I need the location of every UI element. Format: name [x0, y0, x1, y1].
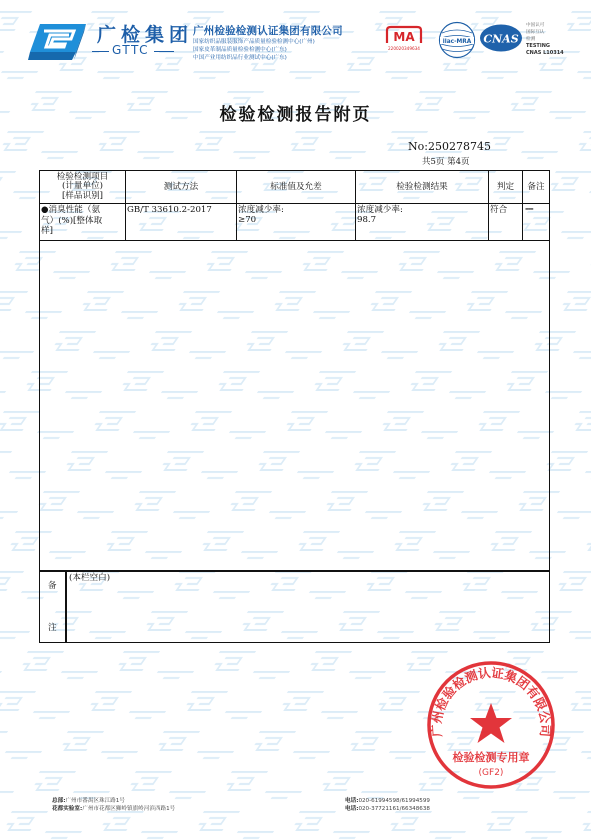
organization-name: 广州检验检测认证集团有限公司	[193, 23, 343, 38]
row-item-line: ●消臭性能（氨	[41, 205, 125, 216]
row-divider	[40, 240, 549, 241]
results-table: 检验检测项目 (计量单位) [样品识别] 测试方法 标准值及允差 检验检测结果 …	[39, 170, 550, 643]
header-result: 检验检测结果	[356, 171, 488, 203]
cma-number: 220020349634	[388, 46, 420, 51]
divider	[92, 51, 109, 52]
row-method: GB/T 33610.2-2017	[127, 205, 235, 215]
cnas-text: TESTING	[526, 43, 550, 49]
row-standard: 浓度减少率: ≥70	[238, 205, 354, 225]
star-icon	[470, 703, 512, 743]
footer-tel2-value: 020-37721161/66348638	[358, 806, 430, 812]
cma-certification-icon: MA 220020349634	[383, 24, 425, 52]
row-judgement: 符合	[490, 205, 522, 215]
col-divider	[65, 570, 67, 642]
footer-tel2-label: 电话:	[345, 806, 358, 812]
cnas-text: 检测	[526, 36, 535, 42]
row-divider	[40, 203, 549, 204]
footer-lab-label: 花都实验室:	[52, 806, 82, 812]
cma-label: MA	[393, 30, 415, 44]
remarks-text: (本栏空白)	[69, 573, 110, 583]
header-item-line: [样品识别]	[62, 192, 103, 202]
row-result-line: 98.7	[357, 215, 487, 225]
cnas-accreditation-number: CNAS L10314	[526, 50, 564, 56]
header-method: 测试方法	[126, 171, 236, 203]
ilac-label: ilac-MRA	[443, 39, 472, 45]
brand-name-en-block: GTTC	[92, 43, 174, 59]
row-result-line: 浓度减少率:	[357, 205, 487, 215]
cnas-text: 中国认可	[526, 22, 544, 28]
remarks-label-bottom: 注	[48, 623, 57, 633]
report-number: No:250278745	[408, 140, 491, 153]
header-remark: 备注	[523, 171, 549, 203]
row-standard-line: 浓度减少率:	[238, 205, 354, 215]
brand-name-en: GTTC	[112, 43, 149, 57]
header-judgement: 判定	[489, 171, 522, 203]
row-item-line: 样]	[41, 226, 125, 237]
footer-lab: 花都实验室:广州市花都区狮岭镇旗岭河滨西路1号	[52, 804, 175, 812]
divider	[154, 51, 174, 52]
footer-hq: 总部:广州市番禺区珠江路1号	[52, 796, 125, 804]
official-seal-stamp: 广州检验检测认证集团有限公司 检验检测专用章 (GF2)	[425, 659, 557, 791]
organization-subtitle: 国家皮革制品质量检验检测中心(广东)	[193, 45, 287, 53]
footer-tel1: 电话:020-61994598/61994599	[345, 796, 430, 804]
document-title: 检验检测报告附页	[0, 100, 591, 125]
header-standard: 标准值及允差	[237, 171, 355, 203]
row-remark: ---	[525, 204, 549, 214]
remarks-label-top: 备	[48, 581, 57, 591]
row-standard-line: ≥70	[238, 215, 354, 225]
row-item-line: 气）(%)[整体取	[41, 216, 125, 227]
seal-bottom-text: 检验检测专用章	[453, 750, 530, 764]
page-info: 共5页 第4页	[422, 155, 470, 167]
gttc-logo-icon	[28, 22, 88, 62]
ilac-mra-icon: ilac-MRA	[438, 21, 476, 59]
row-divider	[40, 570, 549, 572]
cnas-text: 国际互认	[526, 29, 544, 35]
row-result: 浓度减少率: 98.7	[357, 205, 487, 225]
organization-subtitle: 国家纺织品服装服饰产品质量检验检测中心(广州)	[193, 37, 315, 45]
organization-subtitle: 中国产业用纺织品行业测试中心(广东)	[193, 53, 287, 61]
footer-tel2: 电话:020-37721161/66348638	[345, 804, 430, 812]
cnas-label: CNAS	[483, 33, 518, 46]
footer-lab-address: 广州市花都区狮岭镇旗岭河滨西路1号	[82, 806, 175, 812]
seal-code: (GF2)	[479, 768, 504, 778]
header-item: 检验检测项目 (计量单位) [样品识别]	[40, 171, 125, 203]
cnas-icon: CNAS	[479, 24, 523, 52]
row-item: ●消臭性能（氨 气）(%)[整体取 样]	[41, 205, 125, 237]
